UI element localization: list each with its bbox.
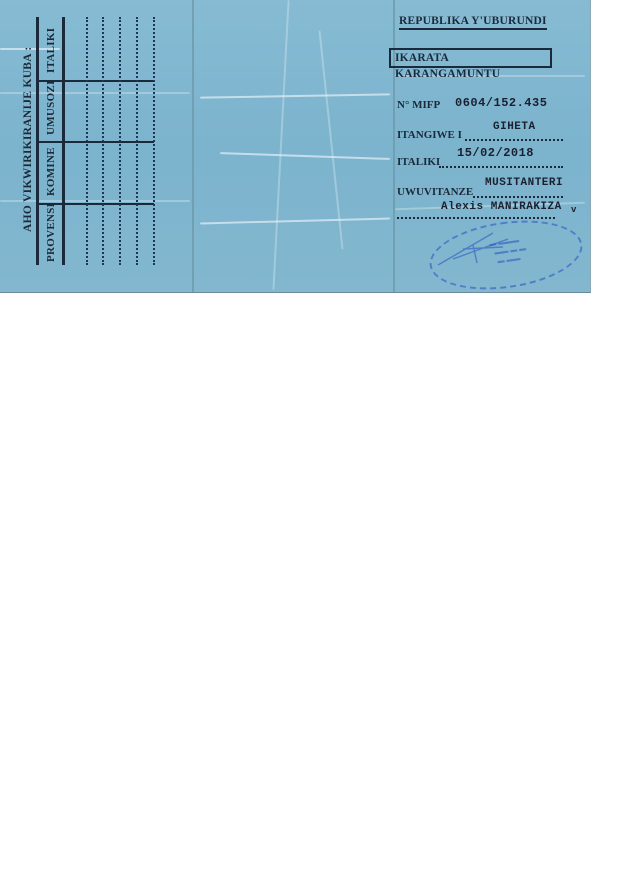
blank-middle-panel [194,0,393,292]
date-line [439,166,563,168]
issued-at-line [465,139,563,141]
issuer-title: MUSITANTERI [485,177,563,189]
column-header-provensi: PROVENSI [45,203,57,262]
column-header-umusozi: UMUSOZI [45,80,57,135]
column-header-italiki: ITALIKI [45,28,57,73]
residence-heading: AHO VIKWIRIKIRANIJE KUBA : [22,46,34,232]
issued-at-value: GIHETA [493,121,536,133]
signature-line [397,217,555,219]
mifp-label: N° MIFP [397,99,440,111]
identity-panel: REPUBLIKA Y'UBURUNDI IKARATA KARANGAMUNT… [393,0,590,292]
issuer-label: UWUVITANZE [397,186,473,198]
mifp-value: 0604/152.435 [455,96,547,110]
table-entry-line [119,17,121,265]
table-entry-line [86,17,88,265]
card-title: IKARATA KARANGAMUNTU [389,48,552,68]
issued-at-label: ITANGIWE I [397,129,462,141]
table-entry-line [153,17,155,265]
issuer-name: Alexis MANIRAKIZA [441,201,562,213]
issuer-suffix: v [571,205,577,215]
date-value: 15/02/2018 [457,146,534,160]
id-card: AHO VIKWIRIKIRANIJE KUBA : PROVENSI KOMI… [0,0,591,293]
table-entry-line [102,17,104,265]
date-label: ITALIKI [397,156,440,168]
signature-icon [433,225,523,270]
table-entry-line [136,17,138,265]
country-title: REPUBLIKA Y'UBURUNDI [399,15,547,30]
column-header-komine: KOMINE [45,147,57,196]
residence-table-panel: AHO VIKWIRIKIRANIJE KUBA : PROVENSI KOMI… [0,0,193,292]
issuer-line [473,196,563,198]
